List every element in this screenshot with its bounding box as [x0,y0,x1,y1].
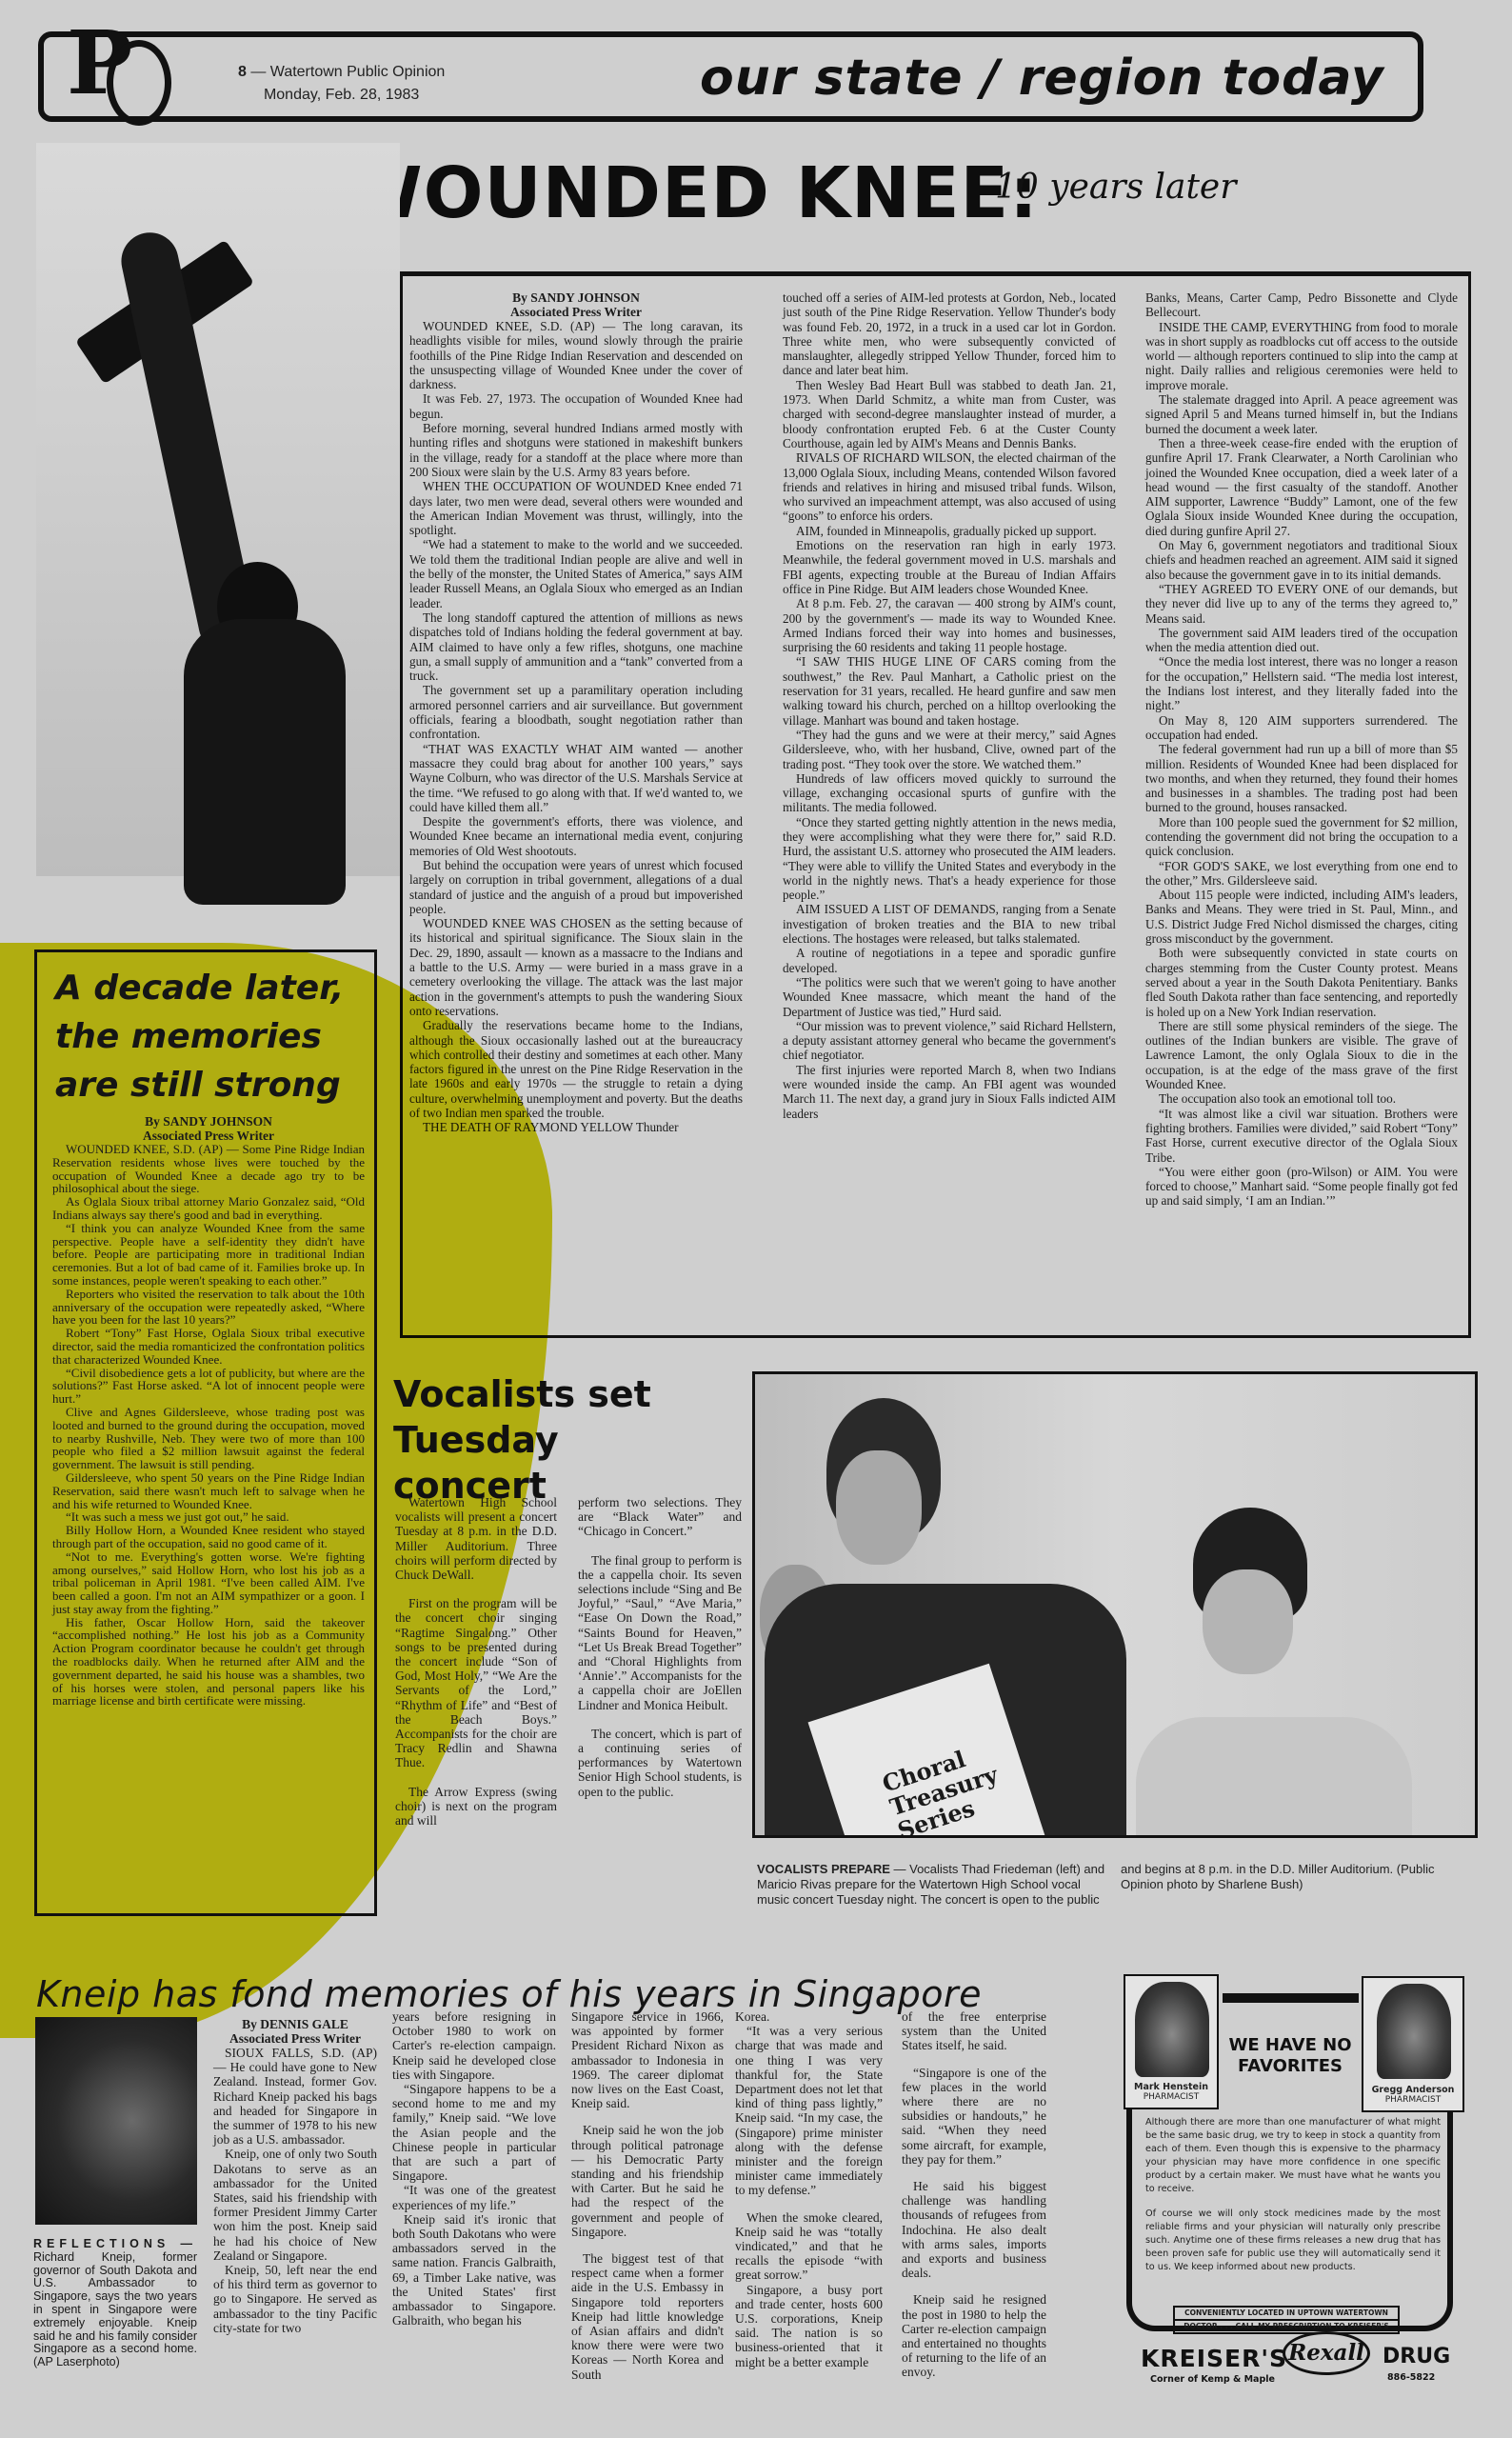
kneip-column-3: Singapore service in 1966, was appointed… [571,2009,724,2382]
paragraph: INSIDE THE CAMP, EVERYTHING from food to… [1145,320,1458,392]
caption-text: Richard Kneip, former governor of South … [33,2250,197,2368]
paragraph: Hundreds of law officers moved quickly t… [783,771,1116,815]
main-story-column-2: touched off a series of AIM-led protests… [783,290,1116,1121]
paragraph: The long standoff captured the attention… [409,610,743,683]
page-number: 8 [238,64,247,80]
paragraph: Reporters who visited the reservation to… [52,1288,365,1327]
paragraph: WOUNDED KNEE, S.D. (AP) — Some Pine Ridg… [52,1143,365,1195]
paragraph: Singapore, a busy port and trade center,… [735,2283,883,2369]
caption-lead: REFLECTIONS — [33,2237,197,2250]
paragraph: “Once the media lost interest, there was… [1145,654,1458,712]
paragraph: First on the program will be the concert… [395,1596,557,1769]
paragraph: of the free enterprise system than the U… [902,2009,1046,2053]
ad-info-strip: CONVENIENTLY LOCATED IN UPTOWN WATERTOWN… [1173,2306,1400,2334]
paragraph: Gildersleeve, who spent 50 years on the … [52,1471,365,1510]
paragraph: The Arrow Express (swing choir) is next … [395,1785,557,1828]
caption-lead: VOCALISTS PREPARE [757,1862,890,1876]
vocalist-left-face [836,1450,922,1565]
paragraph: WOUNDED KNEE WAS CHOSEN as the setting b… [409,916,743,1018]
portrait-photo [1377,1984,1451,2079]
paragraph: Watertown High School vocalists will pre… [395,1495,557,1582]
rexall-logo: Rexall [1283,2331,1370,2375]
vocalists-column-1: Watertown High School vocalists will pre… [395,1495,557,1842]
paragraph: “THEY AGREED TO EVERY ONE of our demands… [1145,582,1458,626]
paragraph: A routine of negotiations in a tepee and… [783,946,1116,975]
paragraph: “FOR GOD'S SAKE, we lost everything from… [1145,859,1458,889]
ad-brand-name: KREISER'S [1141,2345,1287,2372]
kneip-column-1: By DENNIS GALE Associated Press Writer S… [213,2017,377,2335]
paragraph: “It was a very serious charge that was m… [735,2024,883,2197]
paragraph: As Oglala Sioux tribal attorney Mario Go… [52,1195,365,1222]
paragraph: Both were subsequently convicted in stat… [1145,946,1458,1018]
paragraph: “They had the guns and we were at their … [783,728,1116,771]
paragraph: RIVALS OF RICHARD WILSON, the elected ch… [783,450,1116,523]
ad-top-bar [1223,1993,1359,2003]
kneip-photo [35,2017,197,2225]
byline-role: Associated Press Writer [409,305,743,319]
publication-name: — Watertown Public Opinion [250,64,445,80]
main-story-column-3: Banks, Means, Carter Camp, Pedro Bissone… [1145,290,1458,1209]
publication-date: Monday, Feb. 28, 1983 [238,84,445,107]
paragraph: At 8 p.m. Feb. 27, the caravan — 400 str… [783,596,1116,654]
paragraph: “Singapore happens to be a second home t… [392,2082,556,2183]
vocalists-headline: Vocalists set Tuesday concert [393,1371,717,1509]
kneip-photo-caption: REFLECTIONS — Richard Kneip, former gove… [33,2238,197,2369]
byline: By SANDY JOHNSON [52,1114,365,1129]
vocalists-photo-caption: VOCALISTS PREPARE — Vocalists Thad Fried… [757,1862,1471,1908]
portrait-photo [1135,1982,1209,2077]
paragraph: Before morning, several hundred Indians … [409,421,743,479]
paragraph: About 115 people were indicted, includin… [1145,888,1458,946]
ad-paragraph: Of course we will only stock medicines m… [1145,2208,1441,2274]
paragraph: The government set up a paramilitary ope… [409,683,743,741]
folio: 8 — Watertown Public Opinion Monday, Feb… [238,61,445,107]
paragraph: “THAT WAS EXACTLY WHAT AIM wanted — anot… [409,742,743,814]
paragraph: perform two selections. They are “Black … [578,1495,742,1539]
paragraph: “I think you can analyze Wounded Knee fr… [52,1222,365,1288]
paragraph: “Singapore is one of the few places in t… [902,2066,1046,2167]
logo-letter-o [107,40,171,126]
paragraph: “Civil disobedience gets a lot of public… [52,1367,365,1406]
paragraph: Clive and Agnes Gildersleeve, whose trad… [52,1406,365,1471]
paragraph: Then a three-week cease-fire ended with … [1145,436,1458,538]
sidebar-headline: A decade later, the memories are still s… [55,964,369,1109]
paragraph: “You were either goon (pro-Wilson) or AI… [1145,1165,1458,1209]
paragraph: On May 8, 120 AIM supporters surrendered… [1145,713,1458,743]
paragraph: Singapore service in 1966, was appointed… [571,2009,724,2110]
pharmacist-name: Mark Henstein [1134,2082,1208,2092]
paragraph: His father, Oscar Hollow Horn, said the … [52,1616,365,1709]
paragraph: WOUNDED KNEE, S.D. (AP) — The long carav… [409,319,743,391]
ad-doctor-line: DOCTOR . . . CALL MY PRESCRIPTION TO KRE… [1175,2319,1398,2332]
vocalists-column-2: perform two selections. They are “Black … [578,1495,742,1813]
paragraph: There are still some physical reminders … [1145,1019,1458,1091]
ad-paragraph: Although there are more than one manufac… [1145,2116,1441,2196]
paragraph: “It was one of the greatest experiences … [392,2183,556,2211]
pharmacist-portrait-1: Mark Henstein PHARMACIST [1124,1974,1219,2109]
ad-body: Although there are more than one manufac… [1145,2116,1441,2274]
paragraph: It was Feb. 27, 1973. The occupation of … [409,391,743,421]
paragraph: Robert “Tony” Fast Horse, Oglala Sioux t… [52,1327,365,1366]
main-headline-sub: 10 years later [995,168,1236,207]
protester-photo [36,143,400,876]
paragraph: On May 6, government negotiators and tra… [1145,538,1458,582]
ad-headline: WE HAVE NO FAVORITES [1228,2035,1352,2077]
byline: By SANDY JOHNSON [409,290,743,305]
paragraph: “Once they started getting nightly atten… [783,815,1116,903]
ad-phone: 886-5822 [1387,2372,1435,2383]
ad-address: Corner of Kemp & Maple [1150,2374,1275,2385]
paragraph: Kneip said it's ironic that both South D… [392,2212,556,2328]
paragraph: The stalemate dragged into April. A peac… [1145,392,1458,436]
byline-role: Associated Press Writer [52,1129,365,1143]
protester-body-shape [184,619,346,905]
kneip-column-4: Korea. “It was a very serious charge tha… [735,2009,883,2369]
paragraph: He said his biggest challenge was handli… [902,2179,1046,2280]
paragraph: touched off a series of AIM-led protests… [783,290,1116,378]
paragraph: Kneip said he won the job through politi… [571,2123,724,2239]
paragraph: More than 100 people sued the government… [1145,815,1458,859]
paragraph: The occupation also took an emotional to… [1145,1091,1458,1106]
paragraph: The concert, which is part of a continui… [578,1727,742,1799]
paragraph: WHEN THE OCCUPATION OF WOUNDED Knee ende… [409,479,743,537]
paragraph: Then Wesley Bad Heart Bull was stabbed t… [783,378,1116,450]
byline: By DENNIS GALE [213,2017,377,2031]
paragraph: AIM, founded in Minneapolis, gradually p… [783,524,1116,538]
paragraph: Kneip said he resigned the post in 1980 … [902,2292,1046,2379]
pharmacist-1-label: Mark Henstein PHARMACIST [1125,2083,1217,2102]
paragraph: Emotions on the reservation ran high in … [783,538,1116,596]
paragraph: “Not to me. Everything's gotten worse. W… [52,1550,365,1616]
main-story-column-1: By SANDY JOHNSON Associated Press Writer… [409,290,743,1135]
paragraph: Korea. [735,2009,883,2024]
paragraph: The federal government had run up a bill… [1145,742,1458,814]
main-headline: WOUNDED KNEE: [345,152,1039,234]
pharmacist-title: PHARMACIST [1144,2092,1200,2102]
section-title: our state / region today [700,50,1384,107]
paragraph: The final group to perform is the a capp… [578,1553,742,1712]
paragraph: Billy Hollow Horn, a Wounded Knee reside… [52,1524,365,1550]
vocalist-right-body [1136,1717,1412,1838]
byline-role: Associated Press Writer [213,2031,377,2046]
paragraph: “I SAW THIS HUGE LINE OF CARS coming fro… [783,654,1116,727]
kneip-column-5: of the free enterprise system than the U… [902,2009,1046,2380]
paragraph: “Our mission was to prevent violence,” s… [783,1019,1116,1063]
pharmacist-2-label: Gregg Anderson PHARMACIST [1363,2086,1462,2105]
paragraph: The biggest test of that respect came wh… [571,2251,724,2382]
paragraph: Banks, Means, Carter Camp, Pedro Bissone… [1145,290,1458,320]
ad-drug-label: DRUG [1383,2345,1450,2368]
paragraph: But behind the occupation were years of … [409,858,743,916]
paragraph: AIM ISSUED A LIST OF DEMANDS, ranging fr… [783,902,1116,946]
paragraph: “The politics were such that we weren't … [783,975,1116,1019]
sidebar-story-column: By SANDY JOHNSON Associated Press Writer… [52,1114,365,1708]
pharmacist-name: Gregg Anderson [1372,2085,1455,2095]
paragraph: Kneip, one of only two South Dakotans to… [213,2147,377,2263]
paragraph: years before resigning in October 1980 t… [392,2009,556,2082]
vocalist-right-face [1203,1569,1293,1674]
paragraph: SIOUX FALLS, S.D. (AP) — He could have g… [213,2046,377,2147]
paragraph: “It was almost like a civil war situatio… [1145,1107,1458,1165]
pharmacist-title: PHARMACIST [1385,2095,1442,2105]
paragraph: The first injuries were reported March 8… [783,1063,1116,1121]
paragraph: When the smoke cleared, Kneip said he wa… [735,2210,883,2283]
kneip-column-2: years before resigning in October 1980 t… [392,2009,556,2328]
paragraph: “We had a statement to make to the world… [409,537,743,609]
paragraph: Kneip, 50, left near the end of his thir… [213,2263,377,2335]
vocalists-photo: Choral Treasury Series [752,1371,1478,1838]
pharmacist-portrait-2: Gregg Anderson PHARMACIST [1362,1976,1464,2112]
ad-location-line: CONVENIENTLY LOCATED IN UPTOWN WATERTOWN [1175,2308,1398,2319]
paragraph: Despite the government's efforts, there … [409,814,743,858]
paragraph: “It was such a mess we just got out,” he… [52,1510,365,1524]
paragraph: The government said AIM leaders tired of… [1145,626,1458,655]
po-logo: P [67,19,190,133]
